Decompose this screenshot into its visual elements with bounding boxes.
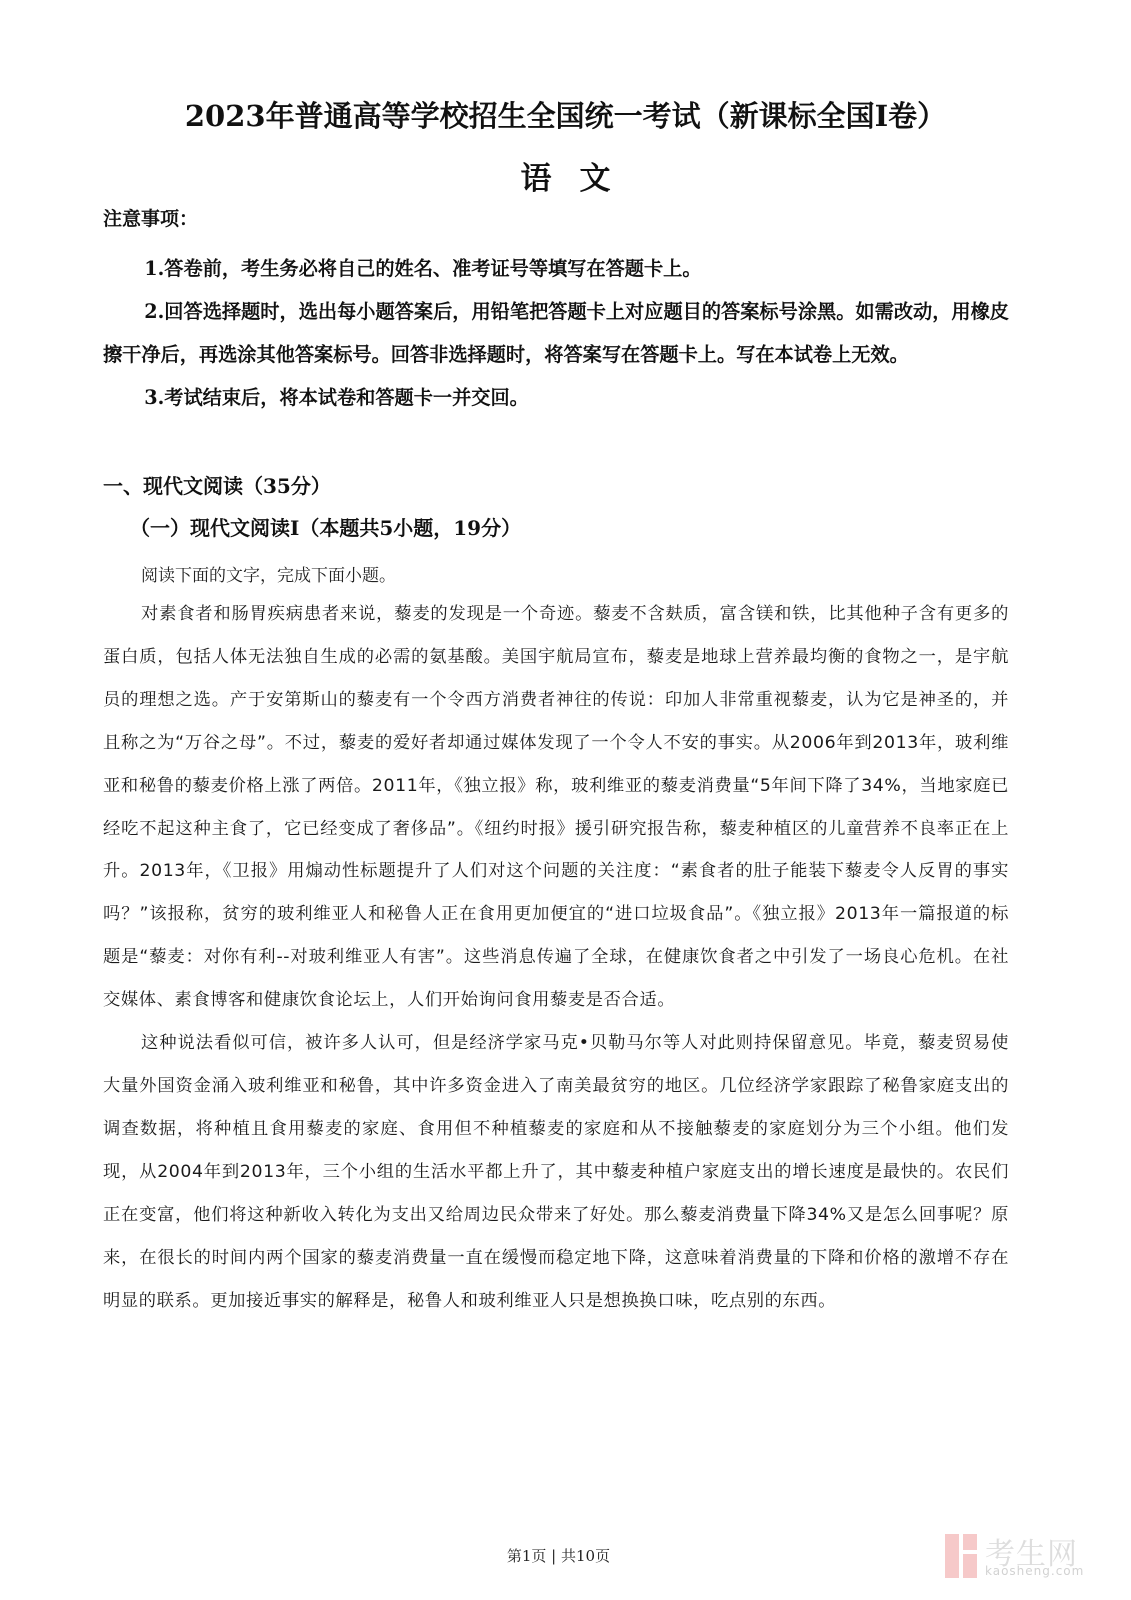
passage-paragraph: 这种说法看似可信，被许多人认可，但是经济学家马克•贝勒马尔等人对此则持保留意见。… [103,1022,1009,1322]
notice-item: 2.回答选择题时，选出每小题答案后，用铅笔把答题卡上对应题目的答案标号涂黑。如需… [103,290,1009,376]
notice-list: 1.答卷前，考生务必将自己的姓名、准考证号等填写在答题卡上。 2.回答选择题时，… [103,247,1009,419]
reading-passage: 对素食者和肠胃疾病患者来说，藜麦的发现是一个奇迹。藜麦不含麸质，富含镁和铁，比其… [103,593,1009,1322]
reading-instruction: 阅读下面的文字，完成下面小题。 [141,561,396,586]
passage-paragraph: 对素食者和肠胃疾病患者来说，藜麦的发现是一个奇迹。藜麦不含麸质，富含镁和铁，比其… [103,593,1009,1022]
subject-title: 语文 [0,153,1131,198]
subject-char-2: 文 [580,153,611,198]
exam-page: 2023年普通高等学校招生全国统一考试（新课标全国Ⅰ卷） 语文 注意事项： 1.… [0,0,1131,1600]
watermark-url: kaosheng.com [985,1564,1084,1578]
subsection-heading: （一）现代文阅读Ⅰ（本题共5小题，19分） [130,512,521,541]
notice-item: 3.考试结束后，将本试卷和答题卡一并交回。 [103,376,1009,419]
notice-item: 1.答卷前，考生务必将自己的姓名、准考证号等填写在答题卡上。 [103,247,1009,290]
notice-heading: 注意事项： [103,204,198,231]
subject-char-1: 语 [521,153,552,198]
watermark-logo: 考生网 kaosheng.com [945,1531,1095,1581]
exam-title: 2023年普通高等学校招生全国统一考试（新课标全国Ⅰ卷） [0,94,1131,135]
kaosheng-logo-icon [945,1534,979,1578]
section-heading: 一、现代文阅读（35分） [103,470,331,499]
